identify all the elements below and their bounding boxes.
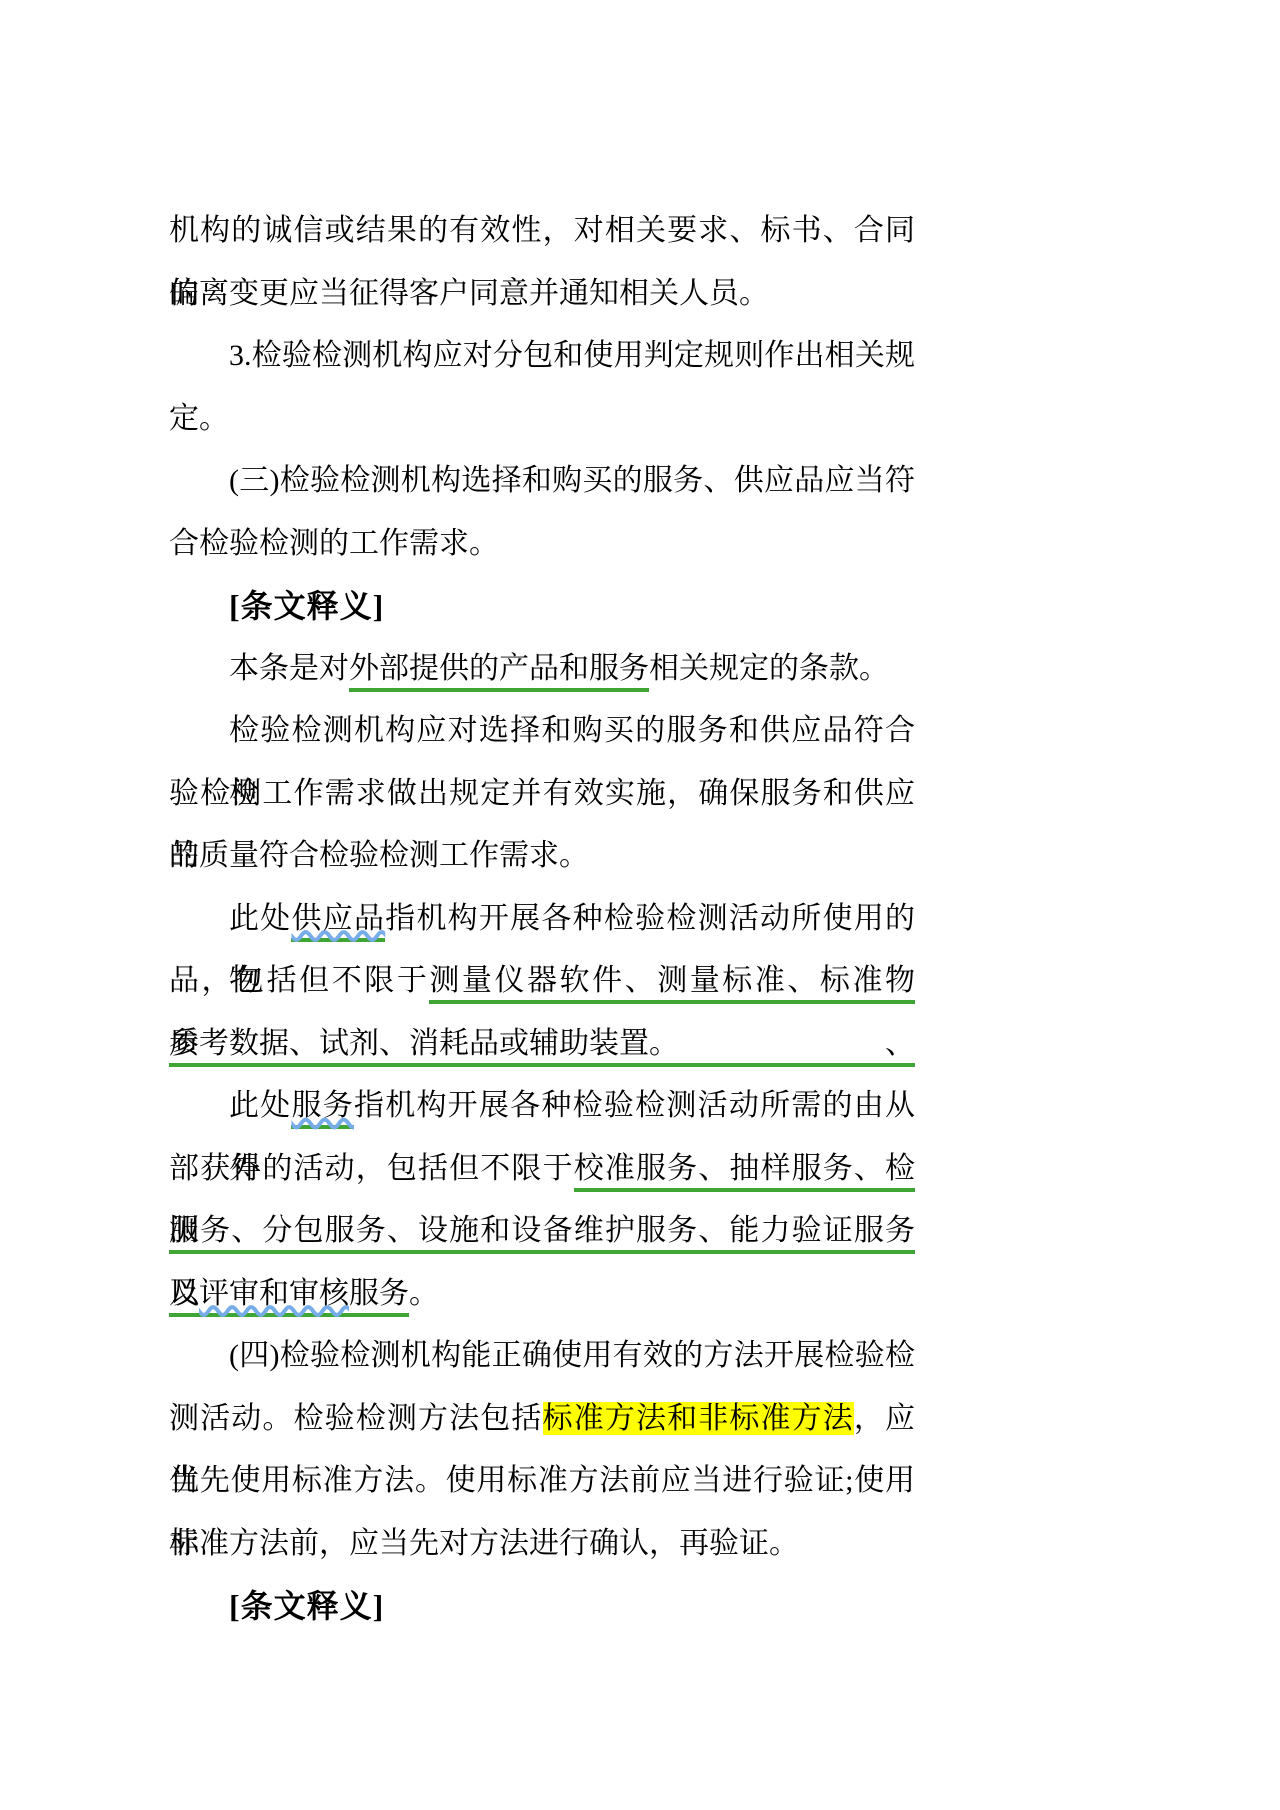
text-line-9: 检验检测机构应对选择和购买的服务和供应品符合检 [169, 700, 915, 763]
line-text: 。 [409, 1277, 439, 1310]
text-line-22: 标准方法前，应当先对方法进行确认，再验证。 [169, 1513, 915, 1576]
text-line-17: 服务、分包服务、设施和设备维护服务、能力验证服务以 [169, 1200, 915, 1263]
text-line-12: 此处供应品指机构开展各种检验检测活动所使用的物 [169, 888, 915, 951]
line-text: 测活动。检验检测方法包括 [169, 1402, 543, 1435]
wavy-underlined-text: 评审和审核 [199, 1277, 349, 1310]
text-line-3-numbered-item: 3.检验检测机构应对分包和使用判定规则作出相关规 [169, 325, 915, 388]
line-text: 本条是对 [229, 652, 349, 685]
line-text: 合检验检测的工作需求。 [169, 527, 499, 560]
header-text: [条文释义] [229, 588, 384, 624]
text-line-1: 机构的诚信或结果的有效性，对相关要求、标书、合同的 [169, 200, 915, 263]
line-text: 部获得的活动，包括但不限于 [169, 1152, 574, 1185]
text-line-4: 定。 [169, 388, 915, 451]
line-text: 此处 [229, 1089, 291, 1122]
wavy-green-underlined-text: 供应品 [291, 902, 385, 942]
text-line-13: 品，包括但不限于测量仪器软件、测量标准、标准物质、 [169, 950, 915, 1013]
text-line-5-clause-3-heading: (三)检验检测机构选择和购买的服务、供应品应当符 [169, 450, 915, 513]
line-text: (四)检验检测机构能正确使用有效的方法开展检验检 [229, 1339, 915, 1372]
line-text: 偏离变更应当征得客户同意并通知相关人员。 [169, 277, 769, 310]
line-text: 服务 [349, 1277, 409, 1310]
text-line-15: 此处服务指机构开展各种检验检测活动所需的由从外 [169, 1075, 915, 1138]
header-text: [条文释义] [229, 1588, 384, 1624]
document-page: 机构的诚信或结果的有效性，对相关要求、标书、合同的 偏离变更应当征得客户同意并通… [0, 0, 1280, 1810]
document-text-block: 机构的诚信或结果的有效性，对相关要求、标书、合同的 偏离变更应当征得客户同意并通… [169, 200, 915, 1638]
line-text: 此处 [229, 902, 291, 935]
wavy-green-underlined-text: 服务 [291, 1089, 353, 1129]
yellow-highlighted-text: 标准方法和非标准方法 [543, 1402, 854, 1435]
line-text: 相关规定的条款。 [649, 652, 889, 685]
line-text: 标准方法前，应当先对方法进行确认，再验证。 [169, 1527, 799, 1560]
section-header-interpretation-1: [条文释义] [169, 575, 915, 638]
line-text: 定。 [169, 402, 229, 435]
text-line-8: 本条是对外部提供的产品和服务相关规定的条款。 [169, 638, 915, 701]
line-text: 3.检验检测机构应对分包和使用判定规则作出相关规 [229, 339, 915, 372]
line-text: 的质量符合检验检测工作需求。 [169, 839, 589, 872]
text-line-11: 的质量符合检验检测工作需求。 [169, 825, 915, 888]
section-header-interpretation-2: [条文释义] [169, 1575, 915, 1638]
text-line-2: 偏离变更应当征得客户同意并通知相关人员。 [169, 263, 915, 326]
text-line-16: 部获得的活动，包括但不限于校准服务、抽样服务、检测 [169, 1138, 915, 1201]
line-text: 及 [169, 1277, 199, 1310]
text-line-21: 优先使用标准方法。使用标准方法前应当进行验证;使用非 [169, 1450, 915, 1513]
text-line-19-clause-4-heading: (四)检验检测机构能正确使用有效的方法开展检验检 [169, 1325, 915, 1388]
text-line-6: 合检验检测的工作需求。 [169, 513, 915, 576]
line-text: (三)检验检测机构选择和购买的服务、供应品应当符 [229, 464, 915, 497]
line-text: 品，包括但不限于 [169, 964, 429, 997]
text-line-20: 测活动。检验检测方法包括标准方法和非标准方法，应当 [169, 1388, 915, 1451]
line-text: 。 [649, 1027, 679, 1060]
green-underlined-text: 外部提供的产品和服务 [349, 652, 649, 692]
text-line-10: 验检测工作需求做出规定并有效实施，确保服务和供应品 [169, 763, 915, 826]
green-underlined-text: 参考数据、试剂、消耗品或辅助装置 [169, 1027, 649, 1067]
green-underlined-text: 及评审和审核服务 [169, 1277, 409, 1317]
text-line-18: 及评审和审核服务。 [169, 1263, 915, 1326]
